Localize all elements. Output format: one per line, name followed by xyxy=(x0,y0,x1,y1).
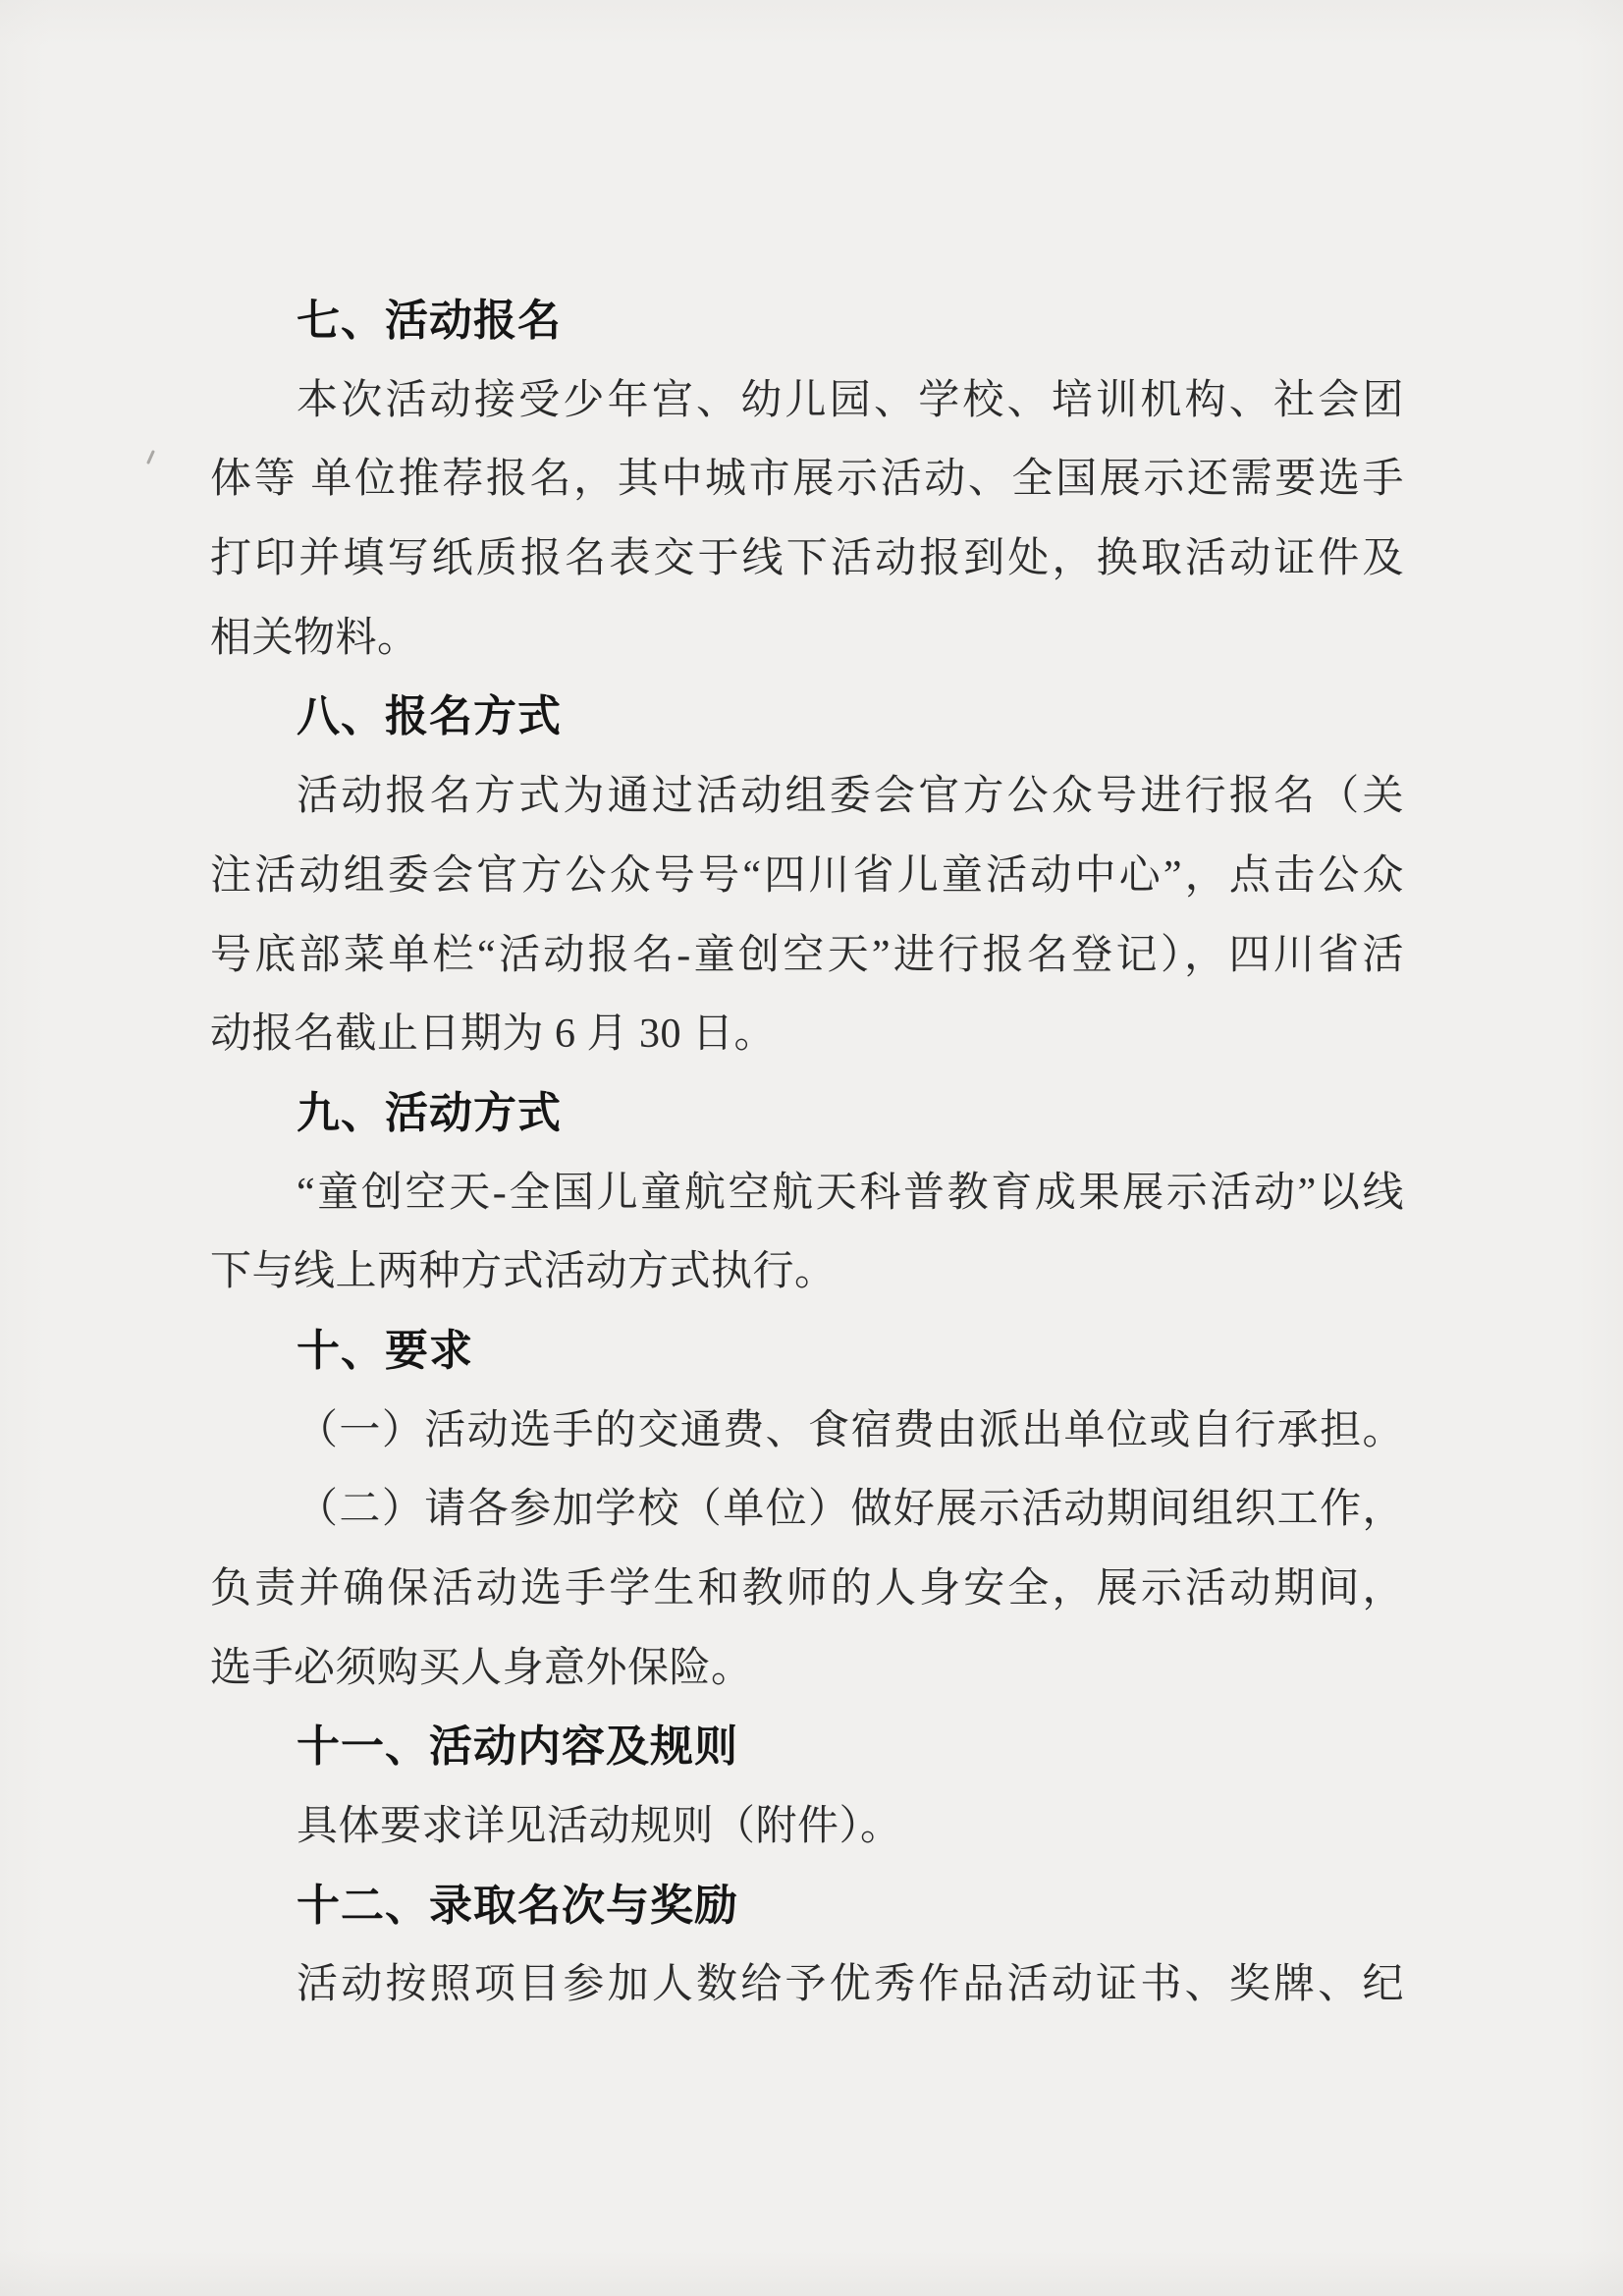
section-heading: 十二、录取名次与奖励 xyxy=(210,1867,1404,1946)
body-text-line: 号底部菜单栏“活动报名-童创空天”进行报名登记），四川省活 xyxy=(210,916,1404,996)
body-text-line: “童创空天-全国儿童航空航天科普教育成果展示活动”以线 xyxy=(210,1154,1404,1233)
body-text-line: 动报名截止日期为 6 月 30 日。 xyxy=(210,995,1404,1074)
body-text-line: （一）活动选手的交通费、食宿费由派出单位或自行承担。 xyxy=(210,1392,1404,1471)
body-text-line: 下与线上两种方式活动方式执行。 xyxy=(210,1232,1404,1312)
section-heading: 九、活动方式 xyxy=(210,1074,1404,1154)
section-heading: 七、活动报名 xyxy=(210,282,1404,361)
body-text-line: 活动报名方式为通过活动组委会官方公众号进行报名（关 xyxy=(210,757,1404,837)
body-text-line: 注活动组委会官方公众号号“四川省儿童活动中心”，点击公众 xyxy=(210,837,1404,916)
section-heading: 十、要求 xyxy=(210,1312,1404,1392)
body-text-line: 活动按照项目参加人数给予优秀作品活动证书、奖牌、纪 xyxy=(210,1945,1404,2025)
document-body: 七、活动报名本次活动接受少年宫、幼儿园、学校、培训机构、社会团体等 单位推荐报名… xyxy=(210,282,1404,2025)
body-text-line: （二）请各参加学校（单位）做好展示活动期间组织工作， xyxy=(210,1470,1404,1550)
body-text-line: 负责并确保活动选手学生和教师的人身安全，展示活动期间， xyxy=(210,1550,1404,1629)
body-text-line: 相关物料。 xyxy=(210,599,1404,679)
scanned-document-page: 七、活动报名本次活动接受少年宫、幼儿园、学校、培训机构、社会团体等 单位推荐报名… xyxy=(0,0,1623,2296)
section-heading: 八、报名方式 xyxy=(210,678,1404,757)
body-text-line: 本次活动接受少年宫、幼儿园、学校、培训机构、社会团 xyxy=(210,361,1404,441)
body-text-line: 选手必须购买人身意外保险。 xyxy=(210,1629,1404,1709)
body-text-line: 体等 单位推荐报名，其中城市展示活动、全国展示还需要选手 xyxy=(210,440,1404,519)
body-text-line: 具体要求详见活动规则（附件）。 xyxy=(210,1787,1404,1867)
section-heading: 十一、活动内容及规则 xyxy=(210,1708,1404,1787)
body-text-line: 打印并填写纸质报名表交于线下活动报到处，换取活动证件及 xyxy=(210,519,1404,599)
scan-speck-mark xyxy=(146,450,155,465)
